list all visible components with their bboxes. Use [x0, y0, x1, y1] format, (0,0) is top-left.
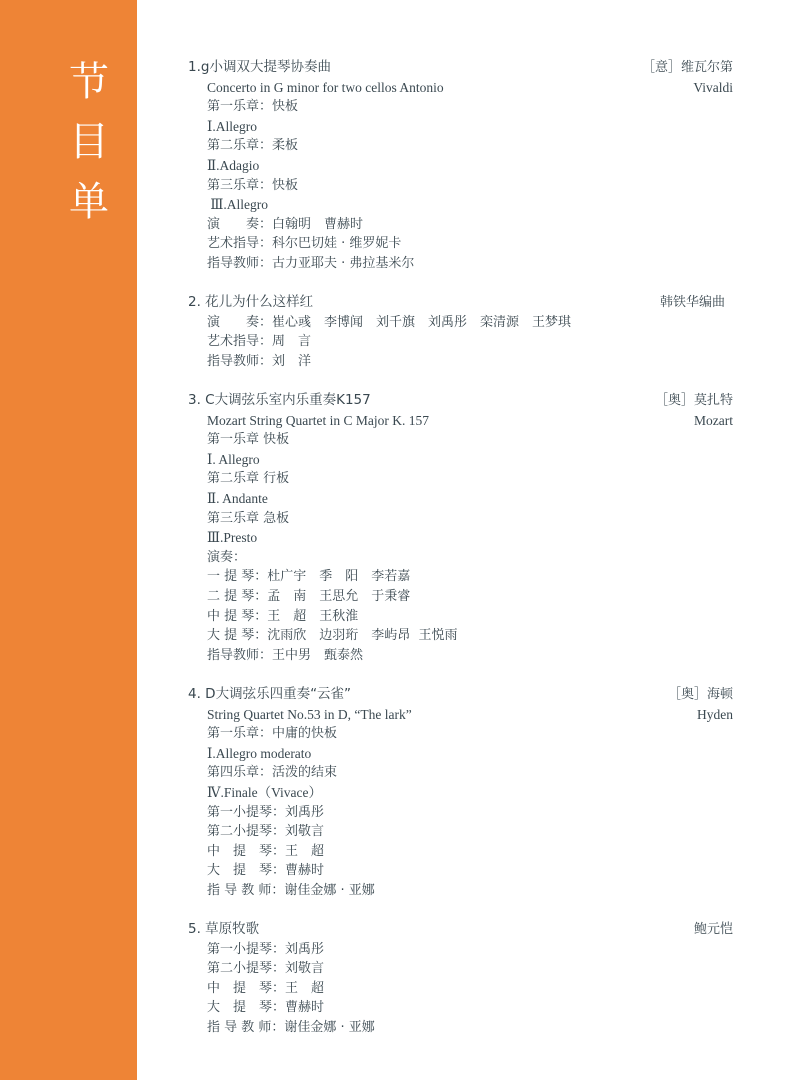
heading-char: 节 — [64, 52, 114, 112]
instructor: 指 导 教 师：谢佳金娜 · 亚娜 — [188, 881, 733, 901]
movement-en: Ⅲ.Presto — [188, 528, 733, 548]
piece-subtitle-en: Mozart String Quartet in C Major K. 157 — [188, 411, 733, 431]
movement-cn: 第三乐章：快板 — [188, 176, 733, 196]
cello: 大 提 琴：曹赫时 — [188, 861, 733, 881]
instructor: 指导教师：刘 洋 — [188, 352, 733, 372]
composer-cn: ［奥］海顿 — [668, 685, 733, 705]
movement-cn: 第四乐章：活泼的结束 — [188, 763, 733, 783]
program-list-heading: 节 目 单 — [64, 52, 114, 232]
second-violin: 第二小提琴：刘敬言 — [188, 959, 733, 979]
composer-cn: 韩铁华编曲 — [660, 293, 725, 313]
first-violin: 第一小提琴：刘禹彤 — [188, 940, 733, 960]
cello: 大 提 琴：曹赫时 — [188, 998, 733, 1018]
instructor: 指导教师：王中男 甄泰然 — [188, 646, 733, 666]
movement-en: Ⅰ.Allegro moderato — [188, 744, 733, 764]
heading-char: 目 — [64, 112, 114, 172]
second-violin: 二 提 琴：孟 南 王思允 于秉睿 — [188, 587, 733, 607]
viola: 中 提 琴：王 超 — [188, 842, 733, 862]
piece-subtitle-en: String Quartet No.53 in D, “The lark” — [188, 705, 733, 725]
piece-title: 3. C大调弦乐室内乐重奏K157 — [188, 391, 733, 411]
movement-cn: 第二乐章 行板 — [188, 469, 733, 489]
program-item-1: 1.g小调双大提琴协奏曲 ［意］维瓦尔第 Vivaldi Concerto in… — [188, 58, 733, 274]
movement-en: Ⅰ.Allegro — [188, 117, 733, 137]
movement-en: Ⅳ.Finale（Vivace） — [188, 783, 733, 803]
movement-cn: 第一乐章：快板 — [188, 97, 733, 117]
art-director: 艺术指导：科尔巴切娃 · 维罗妮卡 — [188, 234, 733, 254]
instructor: 指 导 教 师：谢佳金娜 · 亚娜 — [188, 1018, 733, 1038]
performers-label: 演奏： — [188, 548, 733, 568]
movement-en: Ⅱ.Adagio — [188, 156, 733, 176]
second-violin: 第二小提琴：刘敬言 — [188, 822, 733, 842]
composer-cn: ［奥］莫扎特 — [655, 391, 733, 411]
piece-subtitle-en: Concerto in G minor for two cellos Anton… — [188, 78, 733, 98]
viola: 中 提 琴：王 超 — [188, 979, 733, 999]
instructor: 指导教师：古力亚耶夫 · 弗拉基米尔 — [188, 254, 733, 274]
sidebar-banner: 节 目 单 — [0, 0, 137, 1080]
first-violin: 第一小提琴：刘禹彤 — [188, 803, 733, 823]
program-item-3: 3. C大调弦乐室内乐重奏K157 ［奥］莫扎特 Mozart Mozart S… — [188, 391, 733, 665]
piece-title: 4. D大调弦乐四重奏“云雀” — [188, 685, 733, 705]
program-item-2: 2. 花儿为什么这样红 韩铁华编曲 演 奏：崔心彧 李博闻 刘千旗 刘禹彤 栾清… — [188, 293, 733, 371]
composer-cn: ［意］维瓦尔第 — [642, 58, 733, 78]
art-director: 艺术指导：周 言 — [188, 332, 733, 352]
viola: 中 提 琴：王 超 王秋淮 — [188, 607, 733, 627]
cello: 大 提 琴：沈雨欣 边羽珩 李屿昂 王悦雨 — [188, 626, 733, 646]
first-violin: 一 提 琴：杜广宇 季 阳 李若嘉 — [188, 567, 733, 587]
piece-title: 5. 草原牧歌 — [188, 920, 733, 940]
piece-title: 2. 花儿为什么这样红 — [188, 293, 733, 313]
heading-char: 单 — [64, 172, 114, 232]
composer-cn: 鲍元恺 — [694, 920, 733, 940]
movement-cn: 第三乐章 急板 — [188, 509, 733, 529]
program-item-5: 5. 草原牧歌 鲍元恺 第一小提琴：刘禹彤 第二小提琴：刘敬言 中 提 琴：王 … — [188, 920, 733, 1038]
program-item-4: 4. D大调弦乐四重奏“云雀” ［奥］海顿 Hyden String Quart… — [188, 685, 733, 901]
movement-cn: 第一乐章 快板 — [188, 430, 733, 450]
movement-en: Ⅱ. Andante — [188, 489, 733, 509]
movement-cn: 第一乐章：中庸的快板 — [188, 724, 733, 744]
performers: 演 奏：白翰明 曹赫时 — [188, 215, 733, 235]
movement-en: Ⅲ.Allegro — [188, 195, 733, 215]
performers: 演 奏：崔心彧 李博闻 刘千旗 刘禹彤 栾清源 王梦琪 — [188, 313, 733, 333]
movement-cn: 第二乐章：柔板 — [188, 136, 733, 156]
movement-en: Ⅰ. Allegro — [188, 450, 733, 470]
